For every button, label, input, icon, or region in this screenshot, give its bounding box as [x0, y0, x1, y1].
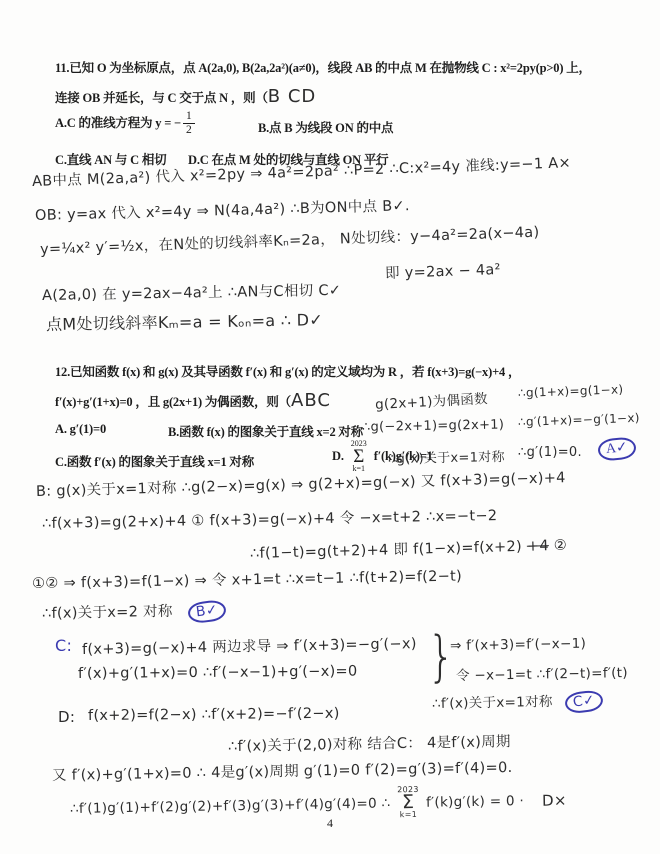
q11-option-a-fraction: 12 — [183, 110, 195, 136]
q11-stem-line2: 连接 OB 并延长，与 C 交于点 N ，则（B CD — [55, 86, 316, 107]
q11-option-b: B.点 B 为线段 ON 的中点 — [258, 118, 393, 136]
q11-work-line-6: 点M处切线斜率Kₘ=a = Kₒₙ=a ∴ D✓ — [46, 307, 323, 335]
q12-workC-right-1: ⇒ f′(x+3)=f′(−x−1) — [450, 636, 586, 654]
q12-noteA-right-1: ∴g(1+x)=g(1−x) — [518, 382, 624, 400]
q12-handwritten-answer: ABC — [291, 390, 331, 411]
q12-option-a: A. g′(1)=0 — [55, 422, 106, 437]
q12-noteA-right-3: ∴g′(1)=0. — [518, 445, 582, 460]
q12-workD-line-1: f(x+2)=f(2−x) ∴f′(x+2)=−f′(2−x) — [88, 706, 340, 724]
q11-option-a-text: A.C 的准线方程为 y = − — [55, 116, 181, 130]
q11-handwritten-answer: B CD — [268, 86, 317, 107]
sigma-symbol: Σ — [402, 794, 415, 811]
equation-number-2: ② — [554, 538, 568, 554]
page-number: 4 — [327, 816, 333, 831]
q12-workC-label: C: — [55, 636, 72, 655]
q12-option-b: B.函数 f(x) 的图象关于直线 x=2 对称 — [168, 422, 363, 440]
q12-workB-line-5: ∴f(x)关于x=2 对称 B✓ — [42, 599, 226, 625]
q11-stem-line2-text: 连接 OB 并延长，与 C 交于点 N ，则（ — [55, 91, 268, 105]
crossed-out-term: +4 — [527, 538, 549, 555]
q11-work-line-3: y=¼x² y′=½x，在N处的切线斜率Kₙ=2a， N处切线：y−4a²=2a… — [40, 221, 540, 259]
q12-workB-line-1: B: g(x)关于x=1对称 ∴g(2−x)=g(x) ⇒ g(2+x)=g(−… — [36, 466, 566, 501]
q11-stem-line1: 11.已知 O 为坐标原点，点 A(2a,0), B(2a,2a²)(a≠0)，… — [55, 58, 591, 76]
q12-workD-label: D: — [58, 708, 75, 726]
q12-workC-line-1: f(x+3)=g(−x)+4 两边求导 ⇒ f′(x+3)=−g′(−x) — [82, 632, 417, 659]
q12-workB-line-2: ∴f(x+3)=g(2+x)+4 ① f(x+3)=g(−x)+4 令 −x=t… — [42, 504, 498, 533]
fraction-numerator: 1 — [186, 110, 192, 123]
q12-stem-line2: f′(x)+g′(1+x)=0 ，且 g(2x+1) 为偶函数，则（ABC — [55, 390, 331, 411]
q12-option-c: C.函数 f′(x) 的图象关于直线 x=1 对称 — [55, 452, 254, 470]
q12-workD-line-3: 又 f′(x)+g′(1+x)=0 ∴ 4是g′(x)周期 g′(1)=0 f′… — [52, 756, 513, 785]
sigma-symbol: Σ — [353, 448, 364, 465]
exam-paper-page: 11.已知 O 为坐标原点，点 A(2a,0), B(2a,2a²)(a≠0)，… — [0, 0, 660, 854]
q12-optionD-verdict: D× — [542, 791, 567, 809]
q12-workC-right-3: ∴f′(x)关于x=1对称 C✓ — [432, 689, 604, 715]
circled-check-c: C✓ — [564, 689, 604, 714]
q12-workB-line-4: ①② ⇒ f(x+3)=f(1−x) ⇒ 令 x+1=t ∴x=t−1 ∴f(t… — [32, 564, 462, 593]
sigma-notation: 2023 Σ k=1 — [351, 440, 367, 473]
q11-work-line-4: 即 y=2ax − 4a² — [385, 258, 501, 283]
q12-workC-conclusion: ∴f′(x)关于x=1对称 — [432, 694, 553, 712]
q12-noteA-left-1: g(2x+1)为偶函数 — [374, 387, 488, 413]
q12-workD-line-4: ∴f′(1)g′(1)+f′(2)g′(2)+f′(3)g′(3)+f′(4)g… — [70, 783, 567, 825]
fraction-denominator: 2 — [183, 123, 195, 137]
q12-stem-line1: 12.已知函数 f(x) 和 g(x) 及其导函数 f′(x) 和 g′(x) … — [55, 362, 520, 380]
sum-lower-limit: k=1 — [400, 811, 417, 819]
q12-noteA-left-3: ∴g(x)关于x=1对称 — [388, 446, 505, 467]
q12-optionA-verdict: A✓ — [598, 438, 636, 460]
q12-workB-line-3: ∴f(1−t)=g(t+2)+4 即 f(1−x)=f(x+2) +4 ② — [250, 534, 568, 563]
q12-workC-line-2: f′(x)+g′(1+x)=0 ∴f′(−x−1)+g′(−x)=0 — [78, 664, 358, 682]
q12-workD-final-post: f′(k)g′(k) = 0 · — [426, 793, 524, 811]
q12-noteA-left-2: ∴g(−2x+1)=g(2x+1) — [362, 418, 504, 435]
q12-stem-line2-text: f′(x)+g′(1+x)=0 ，且 g(2x+1) 为偶函数，则（ — [55, 395, 291, 409]
q12-workB-conclusion: ∴f(x)关于x=2 对称 — [42, 604, 173, 622]
q12-noteA-right-2: ∴g′(1+x)=−g′(1−x) — [518, 411, 640, 429]
sigma-notation-handwritten: 2023 Σ k=1 — [397, 786, 419, 819]
q11-option-a: A.C 的准线方程为 y = −12 — [55, 110, 197, 136]
q12-workC-right-2: 令 −x−1=t ∴f′(2−t)=f′(t) — [456, 661, 628, 684]
q12-option-d-label: D. — [332, 449, 344, 464]
circled-check-b: B✓ — [186, 599, 226, 624]
circled-check-a: A✓ — [597, 436, 637, 462]
q11-work-line-2: OB: y=ax 代入 x²=4y ⇒ N(4a,4a²) ∴B为ON中点 B✓… — [35, 194, 410, 225]
q12-workD-final-pre: ∴f′(1)g′(1)+f′(2)g′(2)+f′(3)g′(3)+f′(4)g… — [70, 795, 391, 817]
q12-workD-line-2: ∴f′(x)关于(2,0)对称 结合C： 4是f′(x)周期 — [228, 730, 511, 756]
q12-workB-line-3-text: ∴f(1−t)=g(t+2)+4 即 f(1−x)=f(x+2) — [250, 539, 522, 562]
q11-work-line-5: A(2a,0) 在 y=2ax−4a²上 ∴AN与C相切 C✓ — [42, 279, 342, 305]
